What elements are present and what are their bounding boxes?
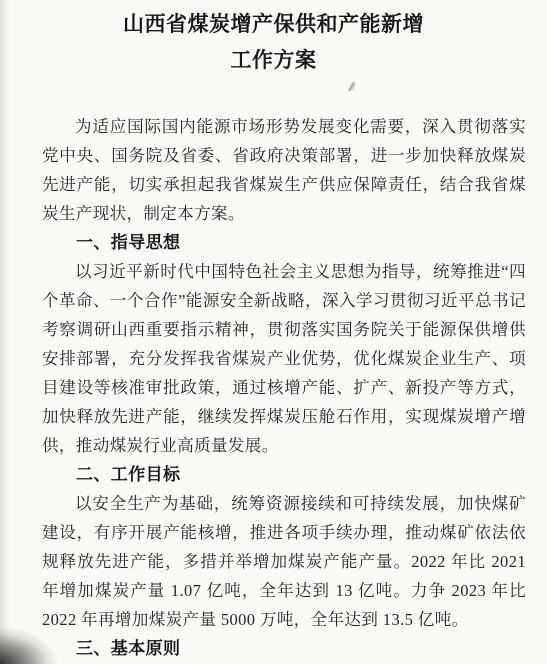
document-title: 山西省煤炭增产保供和产能新增 工作方案 [0, 0, 547, 78]
document-title-line-2: 工作方案 [0, 42, 547, 78]
ink-speck [346, 82, 357, 91]
intro-paragraph: 为适应国际国内能源市场形势发展变化需要，深入贯彻落实党中央、国务院及省委、省政府… [42, 112, 526, 228]
section-2-paragraph: 以安全生产为基础，统筹资源接续和可持续发展，加快煤矿建设，有序开展产能核增，推进… [42, 489, 526, 634]
section-1-paragraph: 以习近平新时代中国特色社会主义思想为指导，统筹推进“四个革命、一个合作”能源安全… [42, 257, 526, 460]
section-2-heading: 二、工作目标 [42, 460, 526, 489]
document-title-line-1: 山西省煤炭增产保供和产能新增 [0, 6, 547, 42]
document-page: 山西省煤炭增产保供和产能新增 工作方案 为适应国际国内能源市场形势发展变化需要，… [0, 0, 547, 664]
section-3-heading: 三、基本原则 [42, 634, 526, 663]
scan-edge-shadow [0, 0, 10, 664]
section-1-heading: 一、指导思想 [42, 228, 526, 257]
document-body: 为适应国际国内能源市场形势发展变化需要，深入贯彻落实党中央、国务院及省委、省政府… [42, 112, 526, 663]
